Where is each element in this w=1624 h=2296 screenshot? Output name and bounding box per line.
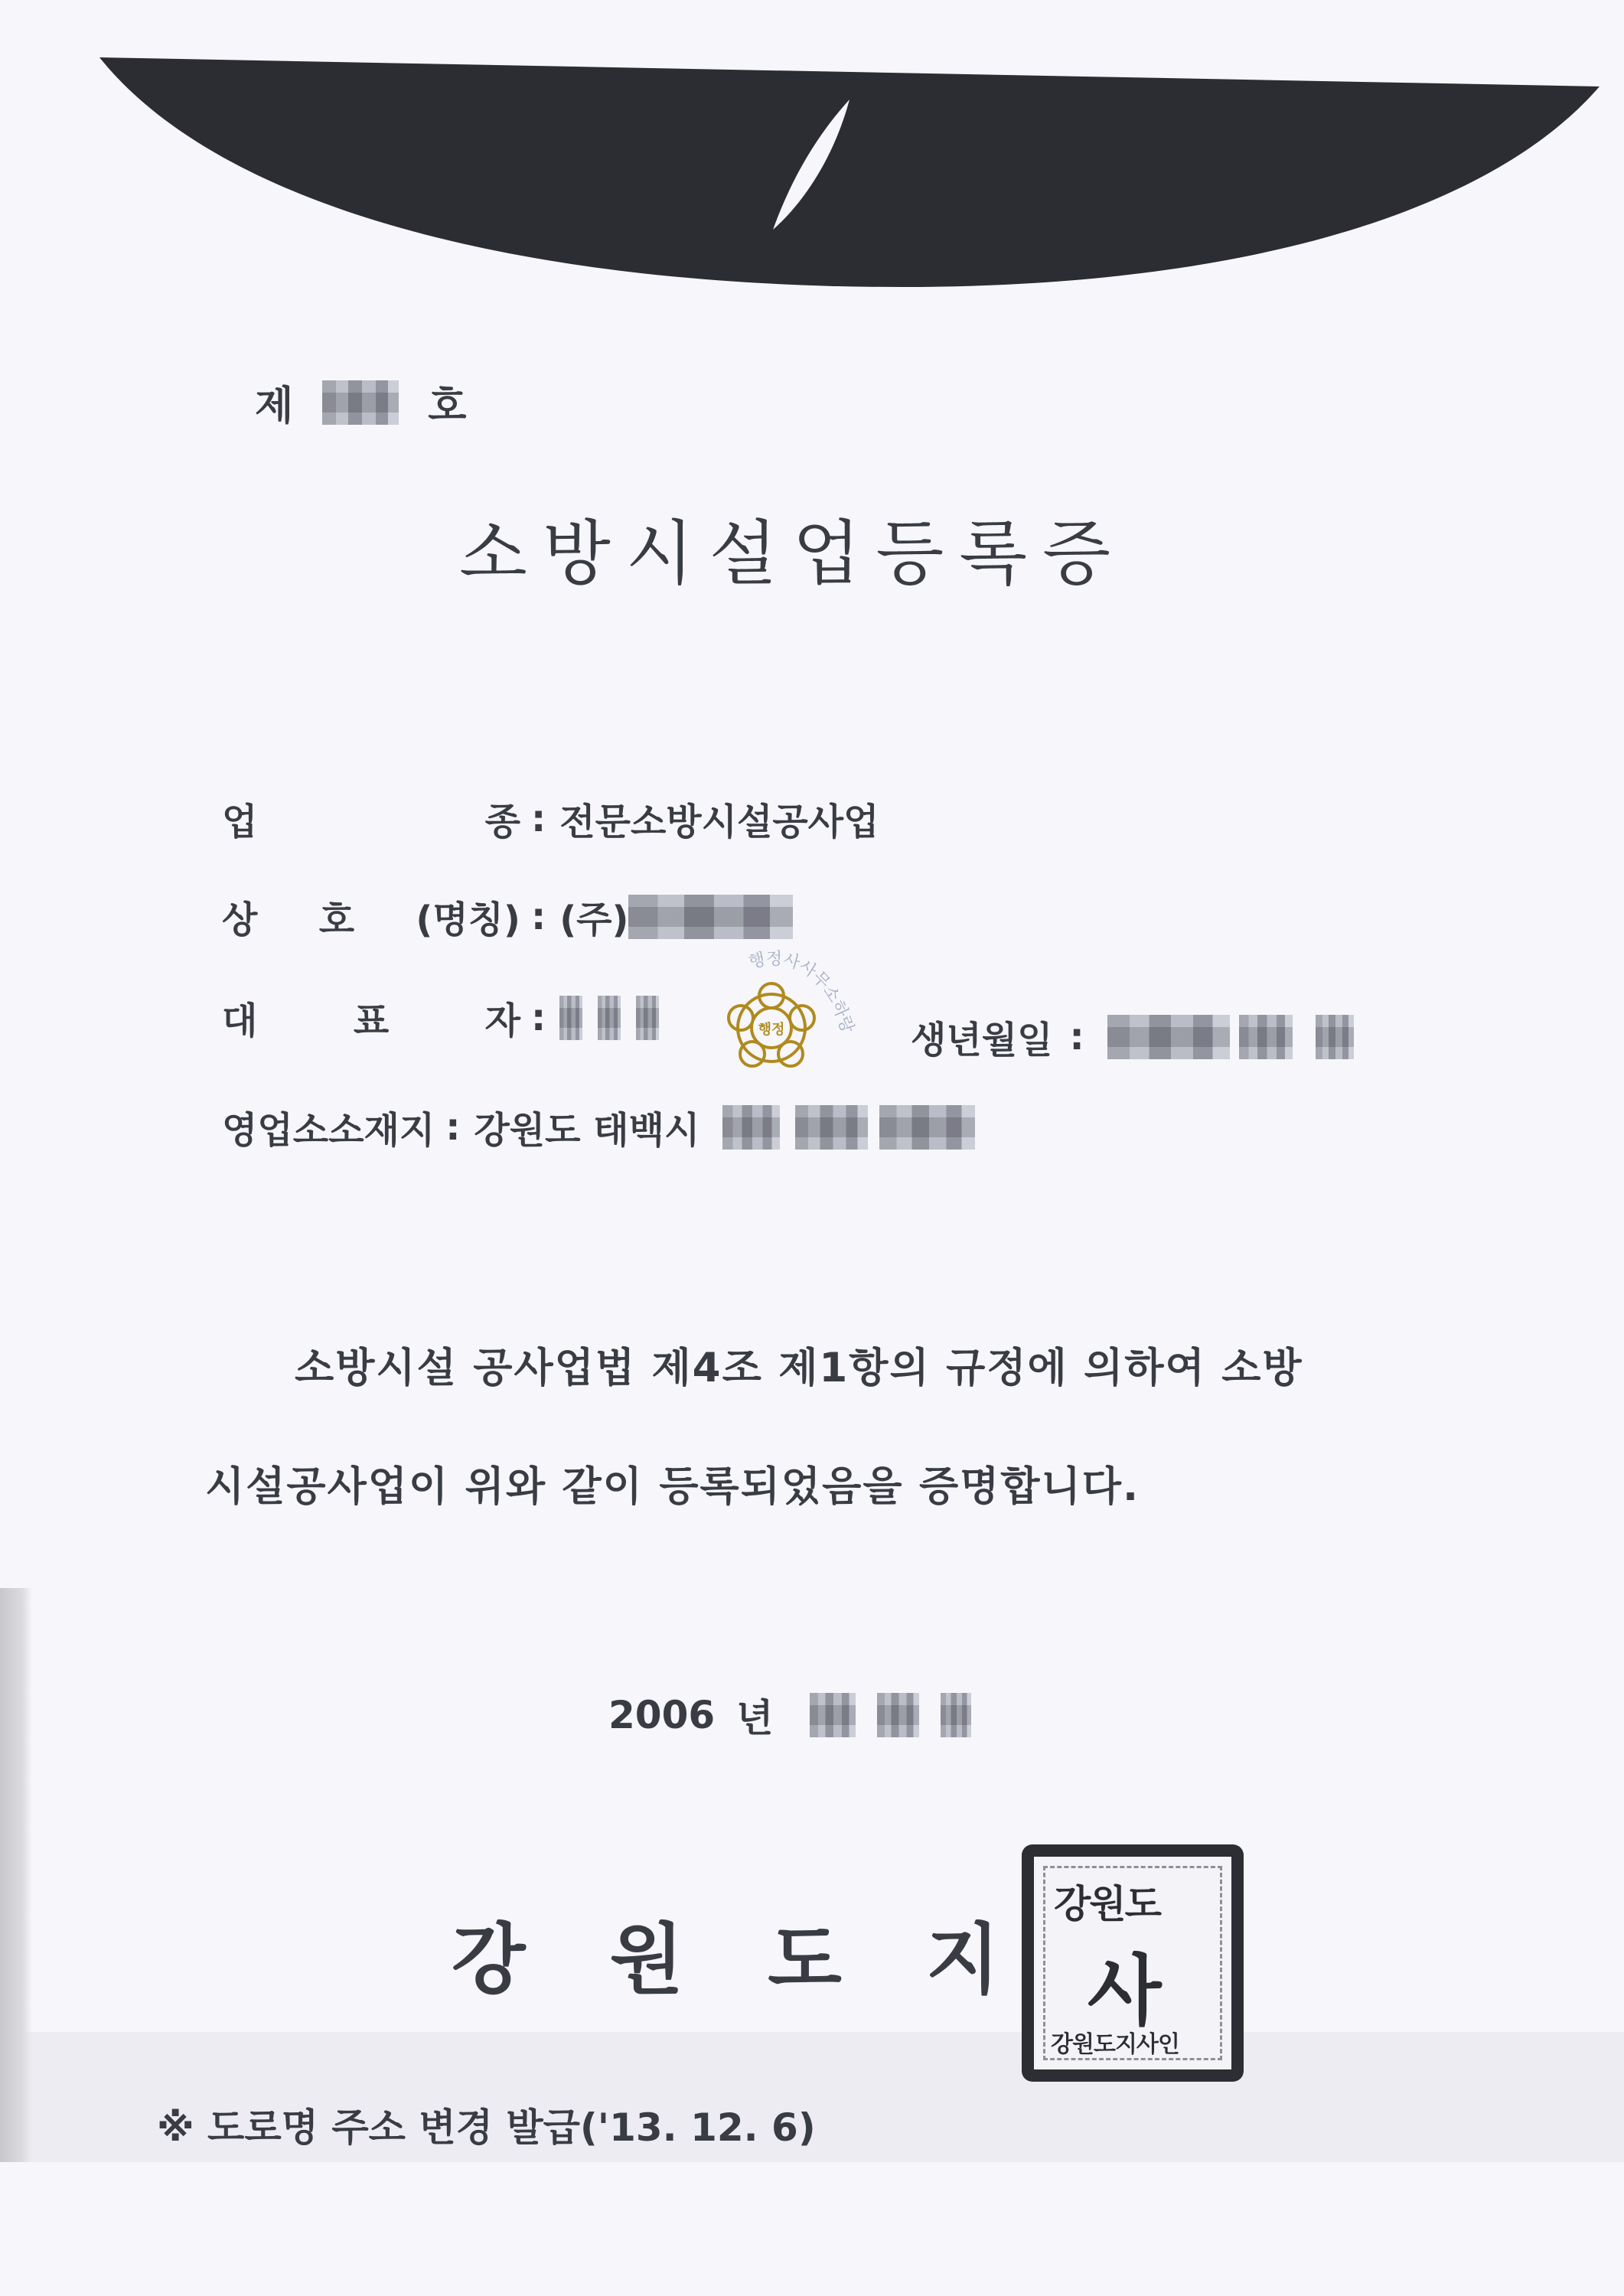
field-value: 전문소방시설공사업	[559, 792, 879, 845]
doc-number-suffix: 호	[428, 373, 466, 431]
field-row-address: 영업소소재지 : 강원도 태백시	[222, 1101, 975, 1153]
seal-center-text: 사	[1088, 1929, 1162, 2040]
redacted-representative-name	[559, 996, 582, 1040]
field-label: 영업소소재지	[222, 1101, 435, 1153]
issuer-name: 강 원 도 지	[452, 1898, 1000, 2008]
watermark-emblem-icon: 행정사사무소하랑 행정	[712, 938, 911, 1098]
redacted-representative-name	[636, 996, 659, 1040]
svg-text:행정: 행정	[758, 1021, 785, 1038]
redacted-birthdate	[1316, 1015, 1354, 1059]
redacted-address	[722, 1105, 780, 1150]
colon: :	[531, 996, 546, 1039]
government-emblem-icon	[99, 57, 1600, 287]
colon: :	[531, 797, 546, 840]
field-row-representative: 대 표 자 :	[222, 991, 659, 1044]
colon: :	[1069, 1016, 1084, 1058]
birthdate-label: 생년월일	[911, 1010, 1052, 1063]
field-row-company-name: 상 호 (명칭) : (주)	[222, 890, 793, 943]
redacted-address	[795, 1105, 868, 1150]
redacted-issue-date	[941, 1693, 971, 1737]
redacted-representative-name	[598, 996, 621, 1040]
footnote-reissue: ※ 도로명 주소 변경 발급('13. 12. 6)	[157, 2097, 816, 2152]
redacted-doc-number	[322, 380, 399, 425]
scan-edge-shadow	[0, 1588, 32, 2162]
seal-bottom-text: 강원도지사인	[1051, 2025, 1179, 2059]
official-seal: 강원도 사 강원도지사인	[1022, 1844, 1244, 2082]
field-row-business-type: 업 종 : 전문소방시설공사업	[222, 792, 879, 845]
field-value-prefix: 강원도 태백시	[474, 1101, 699, 1153]
certificate-body-line-2: 시설공사업이 위와 같이 등록되었음을 증명합니다.	[205, 1454, 1140, 1512]
field-row-birthdate: 생년월일 :	[911, 1010, 1354, 1063]
field-value-prefix: (주)	[559, 890, 628, 943]
redacted-birthdate	[1239, 1015, 1293, 1059]
redacted-address	[879, 1105, 975, 1150]
redacted-birthdate	[1107, 1015, 1230, 1059]
doc-number-prefix: 제	[255, 373, 293, 431]
colon: :	[531, 895, 546, 938]
certificate-body-line-1: 소방시설 공사업법 제4조 제1항의 규정에 의하여 소방	[295, 1336, 1303, 1394]
document-number: 제 호	[255, 373, 466, 431]
field-label: 업 종	[222, 792, 520, 845]
colon: :	[445, 1106, 460, 1149]
redacted-issue-date	[877, 1693, 919, 1737]
field-label: 대 표 자	[222, 991, 520, 1044]
issue-year: 2006	[608, 1693, 715, 1737]
document-title: 소방시설업등록증	[459, 497, 1126, 598]
redacted-issue-date	[810, 1693, 856, 1737]
issue-year-unit: 년	[736, 1688, 773, 1743]
seal-top-text: 강원도	[1054, 1874, 1160, 1929]
redacted-company-name	[628, 895, 793, 939]
issue-date: 2006 년	[608, 1688, 971, 1743]
field-label: 상 호 (명칭)	[222, 890, 520, 943]
